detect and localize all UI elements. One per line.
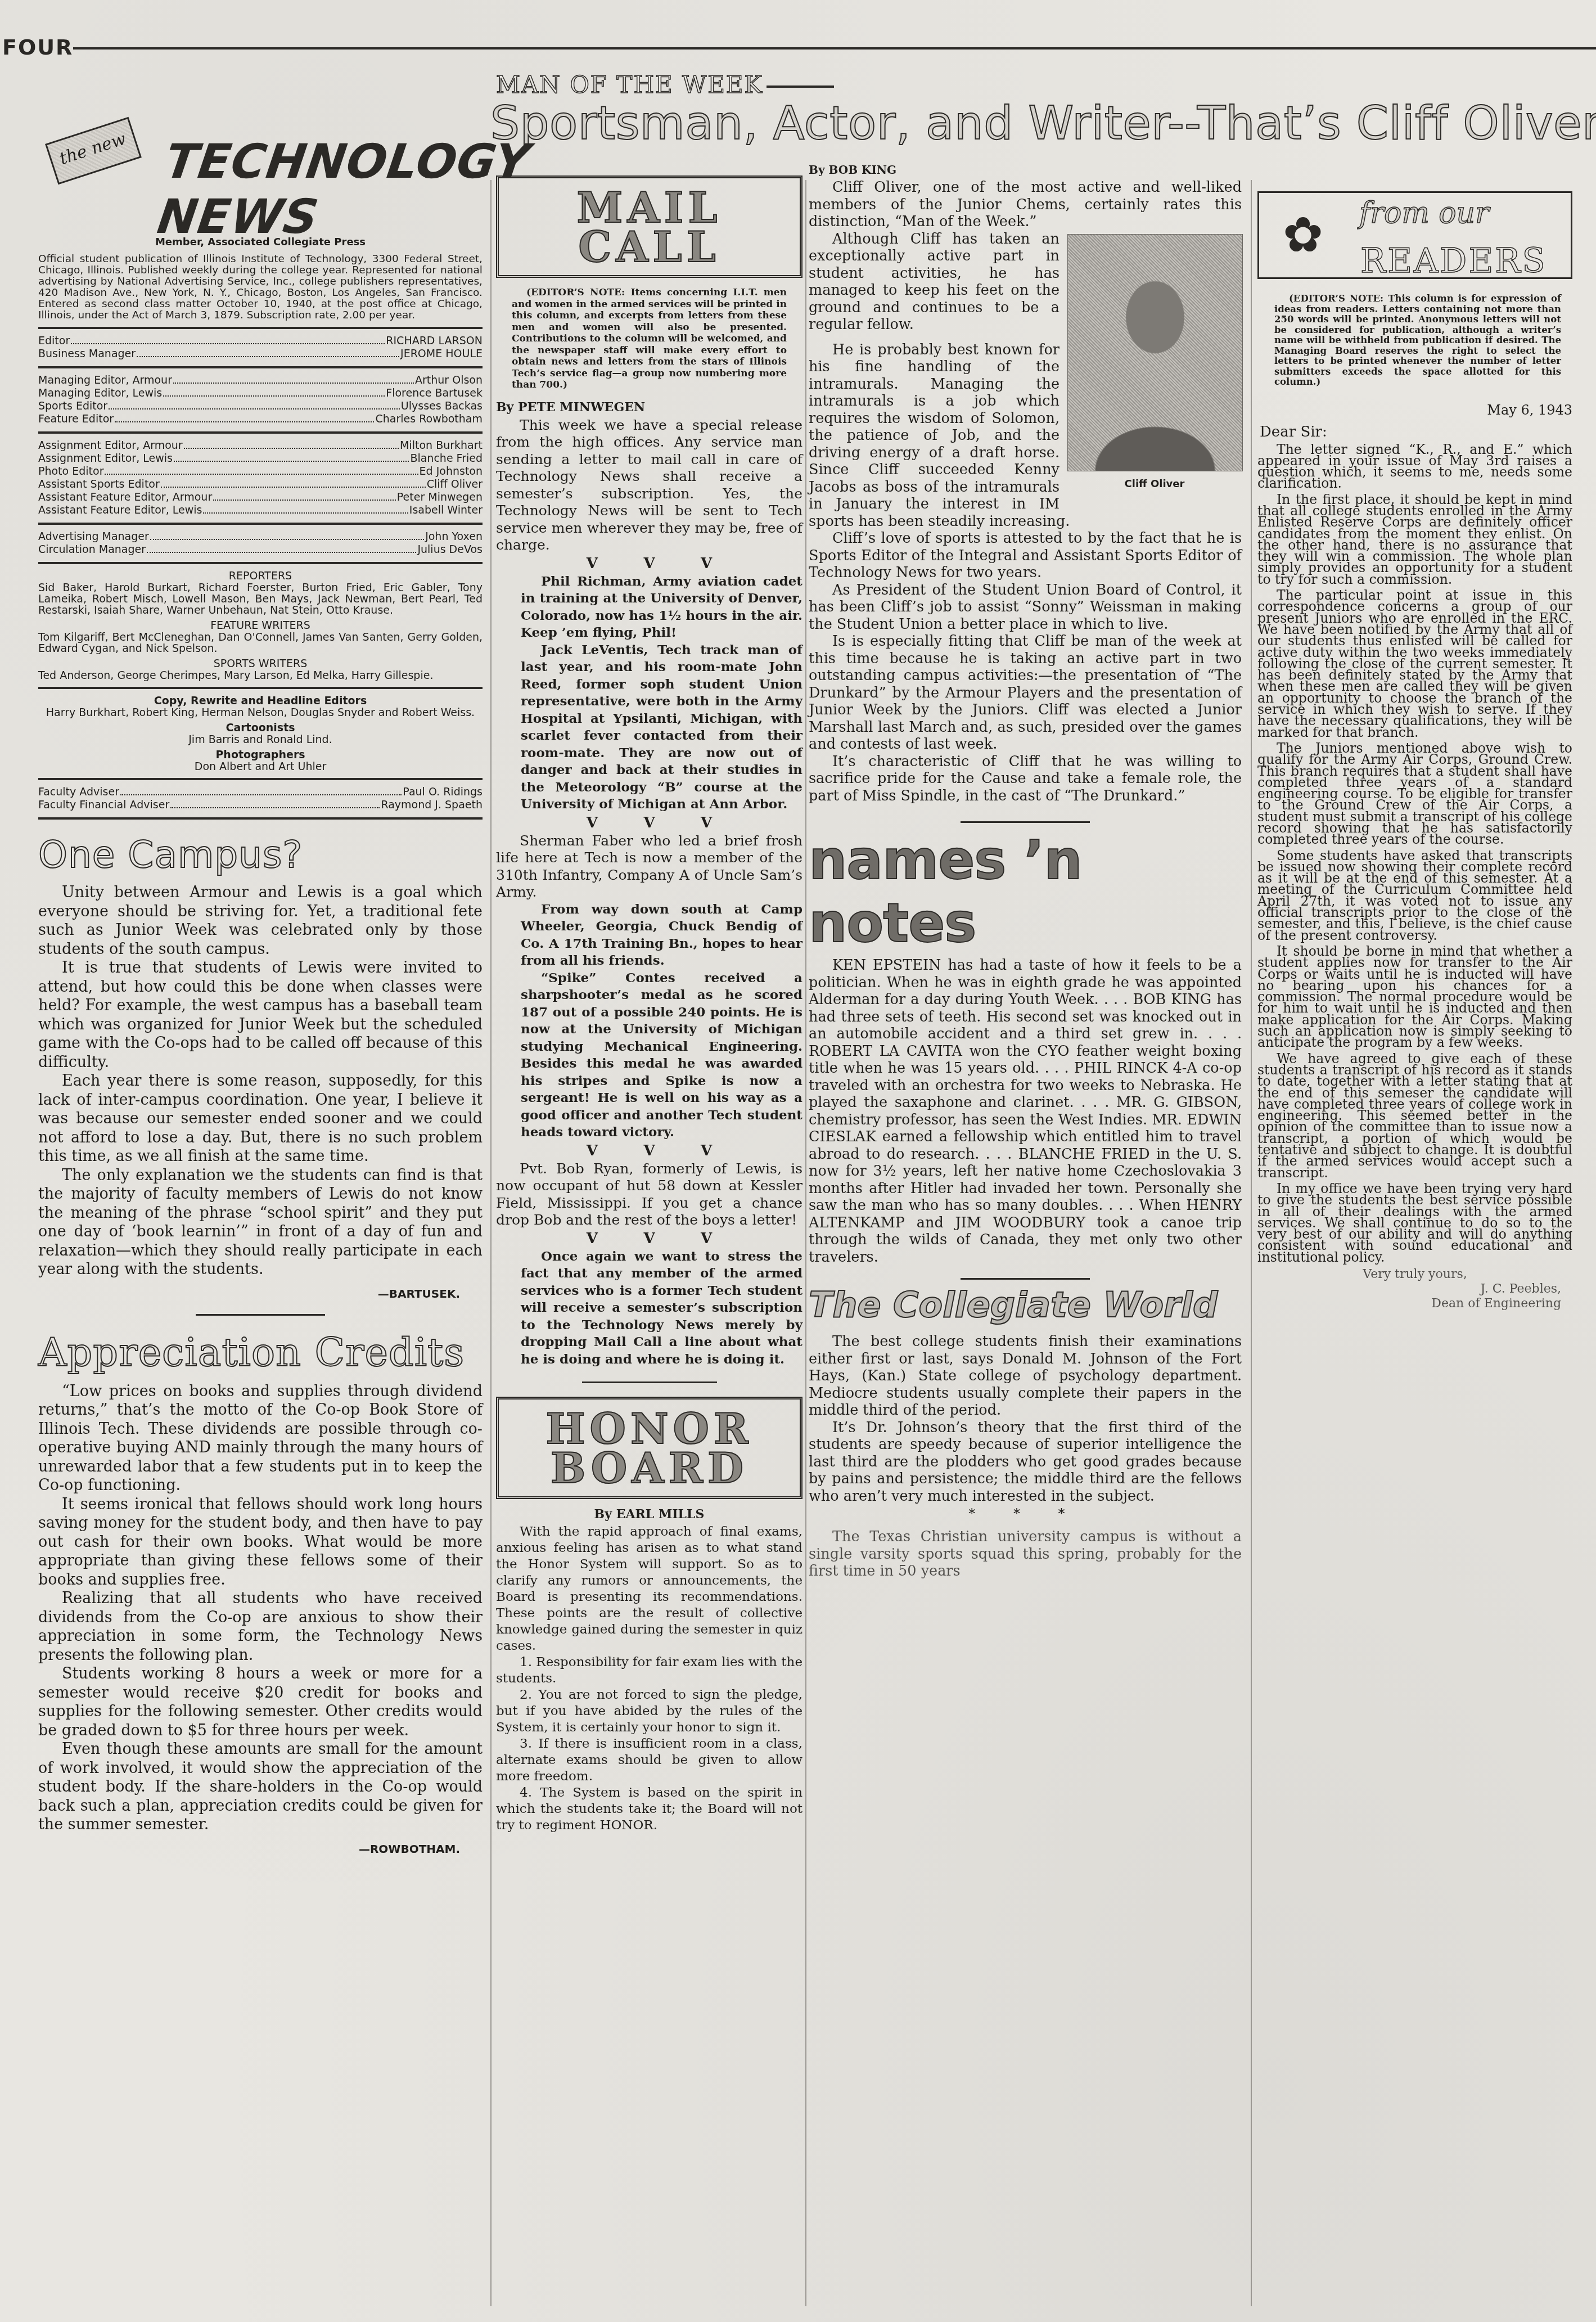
paragraph: KEN EPSTEIN has had a taste of how it fe… <box>809 957 1242 1266</box>
leader-dots <box>137 348 399 357</box>
staff-name: Raymond J. Spaeth <box>381 799 483 812</box>
cartoonists-heading: Cartoonists <box>38 722 483 734</box>
paragraph: 1. Responsibility for fair exam lies wit… <box>496 1654 802 1687</box>
paragraph: Phil Richman, Army aviation cadet in tra… <box>521 573 802 642</box>
newspaper-page: FOUR MAN OF THE WEEK Sportsman, Actor, a… <box>0 0 1596 2322</box>
staff-row: Circulation ManagerJulius DeVos <box>38 543 483 556</box>
copy-editors-heading: Copy, Rewrite and Headline Editors <box>38 695 483 707</box>
staff-row: Faculty Financial AdviserRaymond J. Spae… <box>38 799 483 812</box>
man-of-week-byline: By BOB KING <box>809 163 1242 177</box>
staff-row: Assignment Editor, ArmourMilton Burkhart <box>38 439 483 452</box>
editorial-appreciation-credits: Appreciation Credits “Low prices on book… <box>38 1329 483 1856</box>
collegiate-world-body: The best college students finish their e… <box>809 1333 1242 1505</box>
man-of-week-body: Cliff Oliver, one of the most active and… <box>809 179 1242 804</box>
leader-dots <box>120 786 402 795</box>
feature-writers-heading: FEATURE WRITERS <box>38 619 483 632</box>
paragraph: Cliff Oliver, one of the most active and… <box>809 179 1242 231</box>
letter-body: The letter signed “K., R., and E.” which… <box>1257 444 1572 1263</box>
staff-name: Paul O. Ridings <box>403 786 483 799</box>
paragraph: 4. The System is based on the spirit in … <box>496 1785 802 1834</box>
staff-role: Faculty Financial Adviser <box>38 799 169 812</box>
logo-tag: the new <box>45 117 142 184</box>
feature-writers-list: Tom Kilgariff, Bert McCleneghan, Dan O'C… <box>38 632 483 654</box>
staff-name: JEROME HOULE <box>400 348 483 361</box>
editorial-headline: Appreciation Credits <box>38 1329 483 1375</box>
section-rule <box>961 1278 1090 1280</box>
signer-name: J. C. Peebles, <box>1257 1282 1572 1297</box>
staff-name: Isabell Winter <box>409 504 483 517</box>
page-folio: FOUR <box>0 35 1596 57</box>
paragraph: With the rapid approach of final exams, … <box>496 1524 802 1654</box>
column-from-readers: ✿ from our READERS (EDITOR’S NOTE: This … <box>1257 62 1572 1311</box>
staff-name: Ulysses Backas <box>401 400 483 413</box>
honor-board-box: HONOR BOARD <box>496 1397 802 1499</box>
photographers-heading: Photographers <box>38 749 483 761</box>
leader-dots <box>170 799 380 808</box>
man-of-week-kicker: MAN OF THE WEEK <box>496 71 834 98</box>
mail-call-title-line2: CALL <box>499 228 800 267</box>
mail-call-byline: By PETE MINWEGEN <box>496 400 802 415</box>
kicker-text: MAN OF THE WEEK <box>496 71 763 98</box>
staff-group-4: Advertising ManagerJohn Yoxen Circulatio… <box>38 530 483 556</box>
paragraph: The only explanation we the students can… <box>38 1166 483 1279</box>
mail-call-item: From way down south at Camp Wheeler, Geo… <box>521 901 802 1141</box>
staff-row: Managing Editor, ArmourArthur Olson <box>38 374 483 387</box>
column-rule <box>490 180 492 2306</box>
paragraph: In my office we have been trying very ha… <box>1257 1183 1572 1263</box>
official-statement: Official student publication of Illinois… <box>38 254 483 321</box>
staff-name: Charles Rowbotham <box>375 413 483 426</box>
from-our-label: from our <box>1359 196 1489 230</box>
paragraph: The best college students finish their e… <box>809 1333 1242 1419</box>
photo-figure: Cliff Oliver <box>1067 234 1242 493</box>
honor-board-title-line2: BOARD <box>499 1449 800 1488</box>
readers-editors-note: (EDITOR’S NOTE: This column is for expre… <box>1274 294 1561 388</box>
paragraph: Unity between Armour and Lewis is a goal… <box>38 883 483 958</box>
paragraph: “Low prices on books and supplies throug… <box>38 1382 483 1495</box>
mail-call-item: Pvt. Bob Ryan, formerly of Lewis, is now… <box>496 1160 802 1229</box>
paragraph: From way down south at Camp Wheeler, Geo… <box>521 901 802 970</box>
staff-row: Assistant Feature Editor, LewisIsabell W… <box>38 504 483 517</box>
staff-row: Photo EditorEd Johnston <box>38 465 483 478</box>
sports-writers-list: Ted Anderson, George Cherimpes, Mary Lar… <box>38 670 483 681</box>
paragraph: In the first place, it should be kept in… <box>1257 494 1572 585</box>
staff-group-1: EditorRICHARD LARSON Business ManagerJER… <box>38 335 483 361</box>
editorial-one-campus: One Campus? Unity between Armour and Lew… <box>38 833 483 1300</box>
staff-role: Business Manager <box>38 348 136 361</box>
column-mail-call: MAIL CALL (EDITOR’S NOTE: Items concerni… <box>496 175 802 1834</box>
mail-call-title-line1: MAIL <box>499 188 800 228</box>
leader-dots <box>163 387 385 397</box>
column-rule <box>805 180 806 2306</box>
paragraph: The particular point at issue in this co… <box>1257 589 1572 738</box>
signer-title: Dean of Engineering <box>1257 1297 1572 1311</box>
photographers-list: Don Albert and Art Uhler <box>38 761 483 772</box>
honor-board-title-line1: HONOR <box>499 1410 800 1449</box>
staff-row: Business ManagerJEROME HOULE <box>38 348 483 361</box>
paragraph: Is is especially fitting that Cliff be m… <box>809 633 1242 753</box>
divider <box>38 687 483 689</box>
divider <box>38 431 483 434</box>
mail-call-item: Once again we want to stress the fact th… <box>521 1248 802 1369</box>
faculty-group: Faculty AdviserPaul O. Ridings Faculty F… <box>38 786 483 812</box>
section-rule <box>961 821 1090 823</box>
collegiate-world-headline: The Collegiate World <box>809 1284 1242 1325</box>
staff-name: Milton Burkhart <box>400 439 483 452</box>
staff-name: Blanche Fried <box>410 452 483 465</box>
masthead-logo: the new TECHNOLOGY NEWS <box>38 67 483 157</box>
leader-dots <box>105 465 418 475</box>
star-separator: * * * <box>809 1506 1242 1522</box>
letter-date: May 6, 1943 <box>1257 402 1572 418</box>
staff-row: Faculty AdviserPaul O. Ridings <box>38 786 483 799</box>
staff-name: Arthur Olson <box>415 374 483 387</box>
leader-dots <box>115 413 374 422</box>
staff-row: Managing Editor, LewisFlorence Bartusek <box>38 387 483 400</box>
editorial-body: Unity between Armour and Lewis is a goal… <box>38 883 483 1279</box>
paragraph: Each year there is some reason, supposed… <box>38 1072 483 1166</box>
paragraph: This week we have a special release from… <box>496 417 802 554</box>
paragraph: Jack LeVentis, Tech track man of last ye… <box>521 642 802 813</box>
v-separator: VVV <box>496 814 802 831</box>
paragraph: Cliff’s love of sports is attested to by… <box>809 530 1242 582</box>
paragraph: It should be borne in mind that whether … <box>1257 946 1572 1048</box>
logo-title: TECHNOLOGY NEWS <box>154 134 533 244</box>
leader-dots <box>203 504 408 514</box>
kicker-dash <box>767 85 834 88</box>
leader-dots <box>213 491 396 501</box>
staff-role: Managing Editor, Armour <box>38 374 172 387</box>
editorial-headline: One Campus? <box>38 833 483 876</box>
paragraph: It’s Dr. Johnson’s theory that the first… <box>809 1419 1242 1505</box>
staff-name: Cliff Oliver <box>427 478 483 491</box>
names-notes-body: KEN EPSTEIN has had a taste of how it fe… <box>809 957 1242 1266</box>
column-man-of-week: By BOB KING Cliff Oliver, one of the mos… <box>809 163 1242 1580</box>
divider <box>38 327 483 329</box>
staff-row: Advertising ManagerJohn Yoxen <box>38 530 483 543</box>
leader-dots <box>173 374 414 384</box>
paragraph: 3. If there is insufficient room in a cl… <box>496 1736 802 1785</box>
staff-name: Julius DeVos <box>417 543 483 556</box>
staff-role: Assistant Feature Editor, Armour <box>38 491 212 504</box>
v-separator: VVV <box>496 1230 802 1247</box>
mail-call-box: MAIL CALL <box>496 175 802 278</box>
staff-role: Managing Editor, Lewis <box>38 387 162 400</box>
mail-call-item: Phil Richman, Army aviation cadet in tra… <box>521 573 802 813</box>
staff-role: Editor <box>38 335 70 348</box>
mail-call-item: Sherman Faber who led a brief frosh life… <box>496 832 802 901</box>
paragraph: The Juniors mentioned above wish to qual… <box>1257 742 1572 845</box>
leader-dots <box>147 543 416 553</box>
v-separator: VVV <box>496 1142 802 1159</box>
staff-row: Assistant Sports EditorCliff Oliver <box>38 478 483 491</box>
paragraph: It is true that students of Lewis were i… <box>38 958 483 1072</box>
staff-name: John Yoxen <box>425 530 483 543</box>
names-notes-headline: names ’n notes <box>809 829 1242 955</box>
leader-dots <box>150 530 424 540</box>
divider <box>38 523 483 525</box>
honor-board-body: With the rapid approach of final exams, … <box>496 1524 802 1834</box>
flower-bouquet-icon: ✿ <box>1269 204 1337 272</box>
paragraph: Students working 8 hours a week or more … <box>38 1664 483 1740</box>
closing-line: Very truly yours, <box>1257 1267 1572 1282</box>
letter-salutation: Dear Sir: <box>1260 424 1572 440</box>
staff-role: Assignment Editor, Armour <box>38 439 183 452</box>
paragraph: It’s characteristic of Cliff that he was… <box>809 753 1242 805</box>
from-readers-box: ✿ from our READERS <box>1257 191 1572 279</box>
staff-name: Ed Johnston <box>420 465 483 478</box>
paragraph: We have agreed to give each of these stu… <box>1257 1053 1572 1178</box>
divider <box>38 817 483 820</box>
staff-row: Feature EditorCharles Rowbotham <box>38 413 483 426</box>
photo-caption: Cliff Oliver <box>1067 476 1242 493</box>
column-masthead: the new TECHNOLOGY NEWS Member, Associat… <box>38 62 483 1861</box>
paragraph: The letter signed “K., R., and E.” which… <box>1257 444 1572 489</box>
sports-writers-heading: SPORTS WRITERS <box>38 658 483 670</box>
portrait-photo <box>1067 234 1243 471</box>
leader-dots <box>174 452 409 462</box>
cartoonists-list: Jim Barris and Ronald Lind. <box>38 734 483 745</box>
column-rule <box>1251 180 1252 2306</box>
collegiate-world-closing: The Texas Christian university campus is… <box>809 1528 1242 1580</box>
editorial-signature: —ROWBOTHAM. <box>38 1842 460 1856</box>
staff-role: Feature Editor <box>38 413 114 426</box>
leader-dots <box>161 478 426 488</box>
staff-group-3: Assignment Editor, ArmourMilton Burkhart… <box>38 439 483 517</box>
staff-role: Circulation Manager <box>38 543 146 556</box>
staff-role: Assistant Feature Editor, Lewis <box>38 504 202 517</box>
staff-role: Sports Editor <box>38 400 107 413</box>
copy-editors-list: Harry Burkhart, Robert King, Herman Nels… <box>38 707 483 718</box>
divider <box>38 778 483 780</box>
staff-name: Florence Bartusek <box>386 387 483 400</box>
staff-row: EditorRICHARD LARSON <box>38 335 483 348</box>
honor-board-byline: By EARL MILLS <box>496 1507 802 1522</box>
paragraph: Pvt. Bob Ryan, formerly of Lewis, is now… <box>496 1160 802 1229</box>
leader-dots <box>109 400 400 409</box>
staff-row: Assignment Editor, LewisBlanche Fried <box>38 452 483 465</box>
staff-role: Advertising Manager <box>38 530 149 543</box>
divider <box>38 366 483 368</box>
mail-call-intro: This week we have a special release from… <box>496 417 802 554</box>
page-number: FOUR <box>2 35 73 60</box>
paragraph: Even though these amounts are small for … <box>38 1740 483 1834</box>
paragraph: The Texas Christian university campus is… <box>809 1528 1242 1580</box>
staff-role: Assignment Editor, Lewis <box>38 452 173 465</box>
staff-row: Sports EditorUlysses Backas <box>38 400 483 413</box>
staff-role: Faculty Adviser <box>38 786 119 799</box>
staff-role: Assistant Sports Editor <box>38 478 160 491</box>
staff-name: Peter Minwegen <box>397 491 483 504</box>
staff-role: Photo Editor <box>38 465 103 478</box>
reporters-list: Sid Baker, Harold Burkart, Richard Foers… <box>38 582 483 616</box>
folio-rule <box>73 47 1596 49</box>
staff-row: Assistant Feature Editor, ArmourPeter Mi… <box>38 491 483 504</box>
reporters-heading: REPORTERS <box>38 570 483 582</box>
paragraph: It seems ironical that fellows should wo… <box>38 1495 483 1590</box>
section-rule <box>196 1314 325 1316</box>
editorial-body: “Low prices on books and supplies throug… <box>38 1382 483 1834</box>
paragraph: Some students have asked that transcript… <box>1257 850 1572 941</box>
divider <box>38 562 483 564</box>
editorial-signature: —BARTUSEK. <box>38 1287 460 1300</box>
staff-name: RICHARD LARSON <box>386 335 483 348</box>
paragraph: 2. You are not forced to sign the pledge… <box>496 1687 802 1736</box>
paragraph: Once again we want to stress the fact th… <box>521 1248 802 1369</box>
leader-dots <box>184 439 399 449</box>
leader-dots <box>71 335 385 344</box>
paragraph: Sherman Faber who led a brief frosh life… <box>496 832 802 901</box>
paragraph: As President of the Student Union Board … <box>809 582 1242 633</box>
paragraph: Realizing that all students who have rec… <box>38 1589 483 1664</box>
staff-group-2: Managing Editor, ArmourArthur Olson Mana… <box>38 374 483 426</box>
section-rule <box>582 1381 717 1383</box>
letter-closing: Very truly yours, J. C. Peebles, Dean of… <box>1257 1267 1572 1311</box>
paragraph: “Spike” Contes received a sharpshooter’s… <box>521 970 802 1141</box>
readers-label: READERS <box>1360 241 1547 281</box>
v-separator: VVV <box>496 555 802 572</box>
mail-call-editors-note: (EDITOR’S NOTE: Items concerning I.I.T. … <box>512 287 787 391</box>
